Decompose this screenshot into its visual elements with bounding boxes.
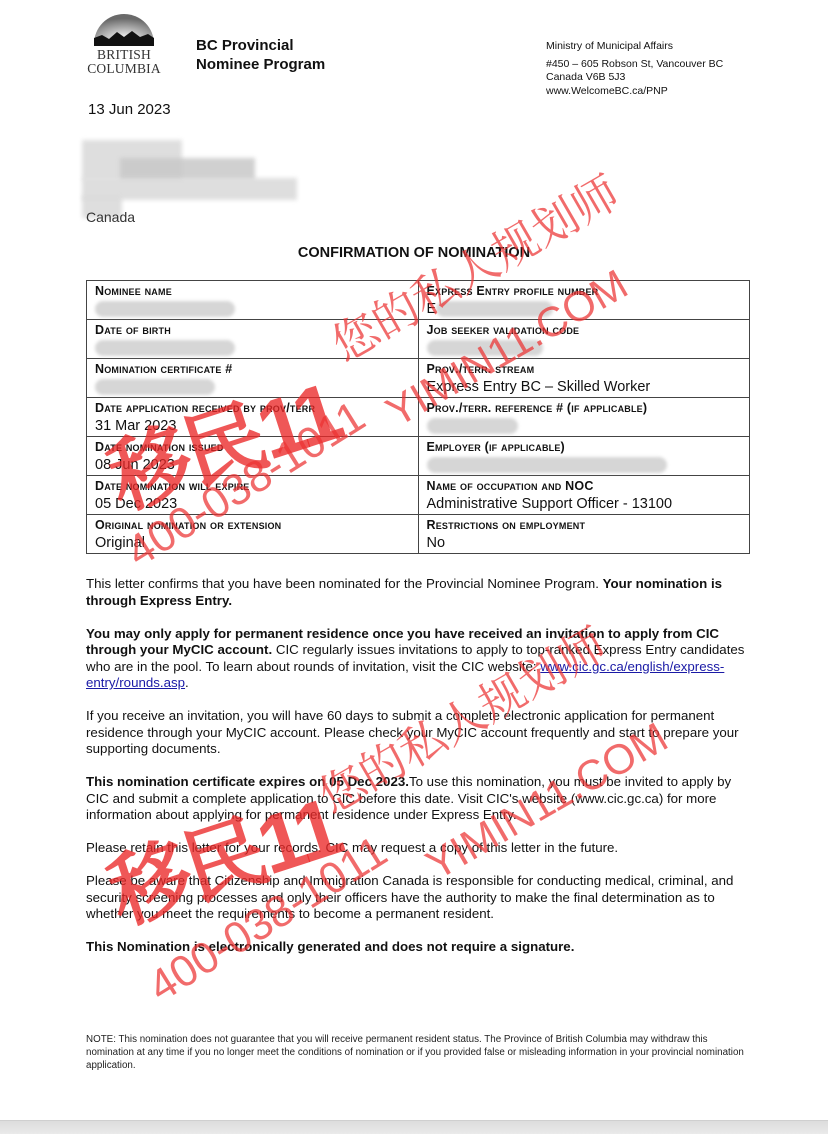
field-value: [427, 339, 742, 358]
letter-body: This letter confirms that you have been …: [86, 576, 754, 972]
table-cell: Express Entry profile numberE: [418, 281, 750, 320]
table-cell: Date nomination will expire05 Dec 2023: [87, 476, 419, 515]
table-row: Date nomination issued08 Jun 2023Employe…: [87, 437, 750, 476]
field-value: [95, 300, 410, 319]
field-value: E: [427, 300, 742, 319]
field-value: [427, 417, 742, 436]
ministry-website: www.WelcomeBC.ca/PNP: [546, 85, 723, 99]
paragraph-retain: Please retain this letter for your recor…: [86, 840, 754, 857]
table-cell: Prov./terr. reference # (if applicable): [418, 398, 750, 437]
field-value: [95, 378, 410, 397]
field-label: Original nomination or extension: [95, 517, 410, 534]
field-label: Prov./terr. reference # (if applicable): [427, 400, 742, 417]
redacted-value: [95, 301, 235, 317]
table-row: Nomination certificate #Prov./terr. stre…: [87, 359, 750, 398]
paragraph-aware: Please be aware that Citizenship and Imm…: [86, 873, 754, 923]
logo-line-2: COLUMBIA: [84, 62, 164, 76]
paragraph-apply-pr: You may only apply for permanent residen…: [86, 626, 754, 692]
field-value: Express Entry BC – Skilled Worker: [427, 378, 742, 397]
table-row: Nominee nameExpress Entry profile number…: [87, 281, 750, 320]
field-label: Date nomination issued: [95, 439, 410, 456]
redacted-value: [427, 457, 667, 473]
p7-bold: This Nomination is electronically genera…: [86, 939, 574, 954]
table-cell: Nomination certificate #: [87, 359, 419, 398]
p4-bold: This nomination certificate expires on 0…: [86, 774, 409, 789]
recipient-country: Canada: [86, 209, 135, 225]
table-cell: Nominee name: [87, 281, 419, 320]
field-value-text: 31 Mar 2023: [95, 418, 176, 434]
letter-date: 13 Jun 2023: [88, 101, 171, 118]
table-cell: Name of occupation and NOCAdministrative…: [418, 476, 750, 515]
field-value: No: [427, 534, 742, 553]
field-label: Date of birth: [95, 322, 410, 339]
program-title-line-2: Nominee Program: [196, 55, 325, 74]
paragraph-electronic: This Nomination is electronically genera…: [86, 939, 754, 956]
footer-note: NOTE: This nomination does not guarantee…: [86, 1033, 756, 1072]
program-title-line-1: BC Provincial: [196, 36, 325, 55]
field-label: Prov./terr. stream: [427, 361, 742, 378]
table-row: Date application received by prov/terr31…: [87, 398, 750, 437]
address-line-2: Canada V6B 5J3: [546, 71, 723, 85]
field-value: 08 Jun 2023: [95, 456, 410, 475]
field-label: Express Entry profile number: [427, 283, 742, 300]
table-cell: Date nomination issued08 Jun 2023: [87, 437, 419, 476]
field-value-text: 08 Jun 2023: [95, 457, 175, 473]
field-label: Restrictions on employment: [427, 517, 742, 534]
field-value-text: 05 Dec 2023: [95, 496, 177, 512]
redacted-value: [95, 379, 215, 395]
table-cell: Job seeker validation code: [418, 320, 750, 359]
table-cell: Date of birth: [87, 320, 419, 359]
field-label: Name of occupation and NOC: [427, 478, 742, 495]
redacted-value: [427, 418, 519, 434]
table-cell: Original nomination or extensionOriginal: [87, 515, 419, 554]
field-label: Nominee name: [95, 283, 410, 300]
paragraph-expiry: This nomination certificate expires on 0…: [86, 774, 754, 824]
field-value: Original: [95, 534, 410, 553]
paragraph-confirmation: This letter confirms that you have been …: [86, 576, 754, 609]
field-value-text: Express Entry BC – Skilled Worker: [427, 379, 651, 395]
sun-mountain-icon: [84, 8, 164, 50]
letter-page: BRITISH COLUMBIA BC Provincial Nominee P…: [0, 0, 828, 1120]
field-value-text: Original: [95, 535, 145, 551]
field-value: [427, 456, 742, 475]
paragraph-invitation: If you receive an invitation, you will h…: [86, 708, 754, 758]
field-value-text: E: [427, 301, 437, 317]
table-cell: Prov./terr. streamExpress Entry BC – Ski…: [418, 359, 750, 398]
table-row: Date nomination will expire05 Dec 2023Na…: [87, 476, 750, 515]
p1-text: This letter confirms that you have been …: [86, 576, 603, 591]
field-value: Administrative Support Officer - 13100: [427, 495, 742, 514]
page-bottom-edge: [0, 1120, 828, 1134]
table-row: Original nomination or extensionOriginal…: [87, 515, 750, 554]
field-label: Nomination certificate #: [95, 361, 410, 378]
document-title: CONFIRMATION OF NOMINATION: [0, 245, 828, 261]
ministry-name: Ministry of Municipal Affairs: [546, 40, 723, 54]
field-value: 31 Mar 2023: [95, 417, 410, 436]
redacted-value: [95, 340, 235, 356]
table-cell: Employer (if applicable): [418, 437, 750, 476]
ministry-address: Ministry of Municipal Affairs #450 – 605…: [546, 40, 723, 98]
program-title: BC Provincial Nominee Program: [196, 36, 325, 74]
address-line-1: #450 – 605 Robson St, Vancouver BC: [546, 58, 723, 72]
p2-after-link: .: [185, 675, 189, 690]
table-row: Date of birthJob seeker validation code: [87, 320, 750, 359]
redacted-value: [427, 340, 544, 356]
field-label: Date application received by prov/terr: [95, 400, 410, 417]
table-cell: Date application received by prov/terr31…: [87, 398, 419, 437]
field-value: 05 Dec 2023: [95, 495, 410, 514]
table-cell: Restrictions on employmentNo: [418, 515, 750, 554]
field-label: Date nomination will expire: [95, 478, 410, 495]
field-value-text: No: [427, 535, 446, 551]
field-label: Job seeker validation code: [427, 322, 742, 339]
bc-logo: BRITISH COLUMBIA: [84, 8, 164, 80]
field-label: Employer (if applicable): [427, 439, 742, 456]
field-value: [95, 339, 410, 358]
nomination-details-table: Nominee nameExpress Entry profile number…: [86, 280, 750, 554]
field-value-text: Administrative Support Officer - 13100: [427, 496, 673, 512]
logo-line-1: BRITISH: [84, 48, 164, 62]
redacted-value: [436, 301, 553, 317]
